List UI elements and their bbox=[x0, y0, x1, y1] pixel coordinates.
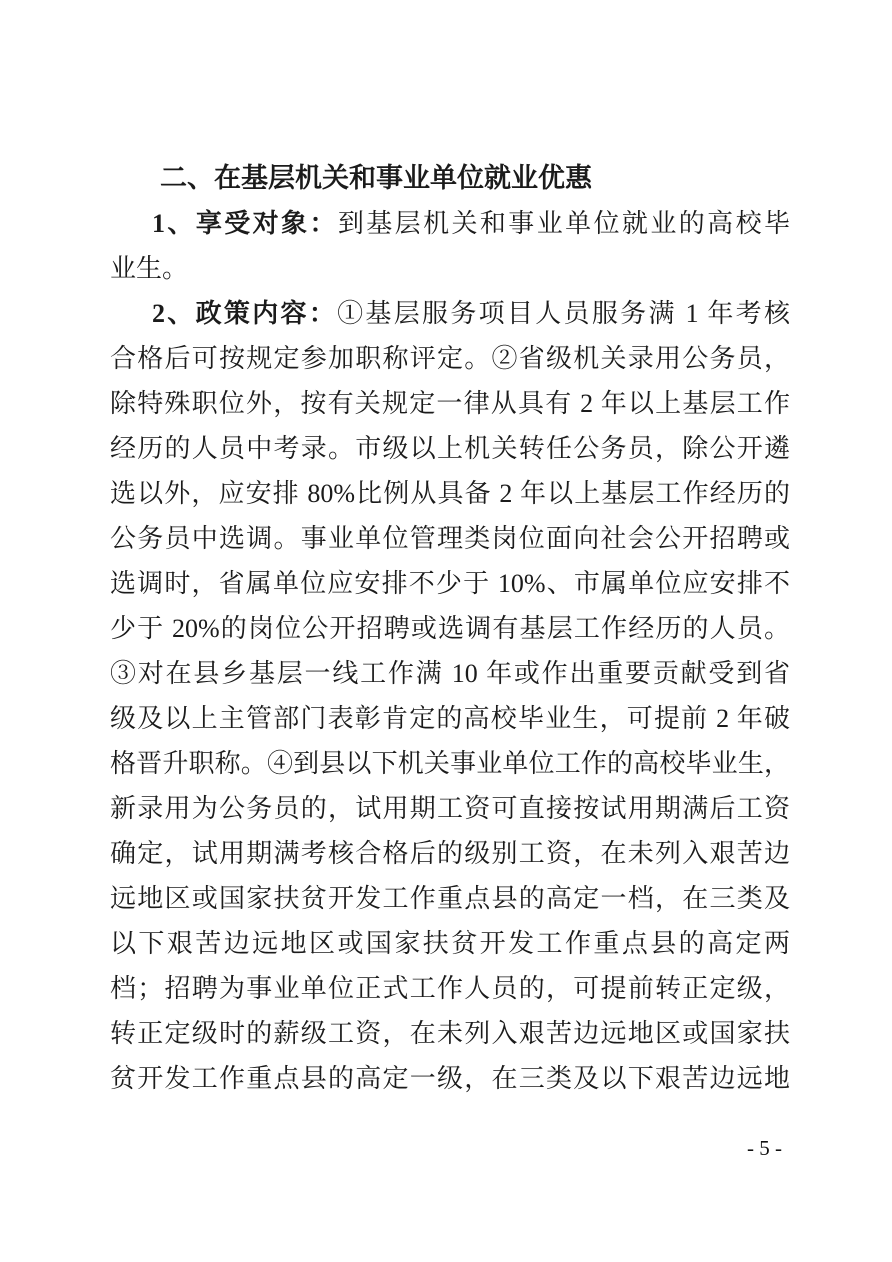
text-line: 合格后可按规定参加职称评定。②省级机关录用公务员， bbox=[110, 336, 790, 381]
paragraph-1-text: 到基层机关和事业单位就业的高校毕 bbox=[338, 209, 790, 238]
text-line: 远地区或国家扶贫开发工作重点县的高定一档，在三类及 bbox=[110, 876, 790, 921]
text-line: 新录用为公务员的，试用期工资可直接按试用期满后工资 bbox=[110, 786, 790, 831]
paragraph-2-label: 2、政策内容： bbox=[152, 299, 337, 328]
text-line: 贫开发工作重点县的高定一级，在三类及以下艰苦边远地 bbox=[110, 1056, 790, 1101]
document-page: 二、在基层机关和事业单位就业优惠 1、享受对象：到基层机关和事业单位就业的高校毕… bbox=[0, 0, 892, 1262]
text-line: 公务员中选调。事业单位管理类岗位面向社会公开招聘或 bbox=[110, 516, 790, 561]
text-line: 转正定级时的薪级工资，在未列入艰苦边远地区或国家扶 bbox=[110, 1011, 790, 1056]
text-line: 确定，试用期满考核合格后的级别工资，在未列入艰苦边 bbox=[110, 831, 790, 876]
paragraph-1-label: 1、享受对象： bbox=[152, 209, 338, 238]
section-heading: 二、在基层机关和事业单位就业优惠 bbox=[110, 156, 790, 201]
text-line: 选以外，应安排 80%比例从具备 2 年以上基层工作经历的 bbox=[110, 471, 790, 516]
paragraph-2-text: ①基层服务项目人员服务满 1 年考核 bbox=[337, 299, 790, 328]
text-line: 格晋升职称。④到县以下机关事业单位工作的高校毕业生， bbox=[110, 741, 790, 786]
text-line: 除特殊职位外，按有关规定一律从具有 2 年以上基层工作 bbox=[110, 381, 790, 426]
text-line: 选调时，省属单位应安排不少于 10%、市属单位应安排不 bbox=[110, 561, 790, 606]
paragraph-1-line-2: 业生。 bbox=[110, 246, 790, 291]
paragraph-2-line-1: 2、政策内容：①基层服务项目人员服务满 1 年考核 bbox=[110, 291, 790, 336]
document-body: 二、在基层机关和事业单位就业优惠 1、享受对象：到基层机关和事业单位就业的高校毕… bbox=[110, 156, 790, 1101]
text-line: ③对在县乡基层一线工作满 10 年或作出重要贡献受到省 bbox=[110, 651, 790, 696]
text-line: 档；招聘为事业单位正式工作人员的，可提前转正定级， bbox=[110, 966, 790, 1011]
paragraph-1-line-1: 1、享受对象：到基层机关和事业单位就业的高校毕 bbox=[110, 201, 790, 246]
page-number: - 5 - bbox=[747, 1136, 782, 1160]
text-line: 经历的人员中考录。市级以上机关转任公务员，除公开遴 bbox=[110, 426, 790, 471]
text-line: 少于 20%的岗位公开招聘或选调有基层工作经历的人员。 bbox=[110, 606, 790, 651]
text-line: 级及以上主管部门表彰肯定的高校毕业生，可提前 2 年破 bbox=[110, 696, 790, 741]
text-line: 以下艰苦边远地区或国家扶贫开发工作重点县的高定两 bbox=[110, 921, 790, 966]
